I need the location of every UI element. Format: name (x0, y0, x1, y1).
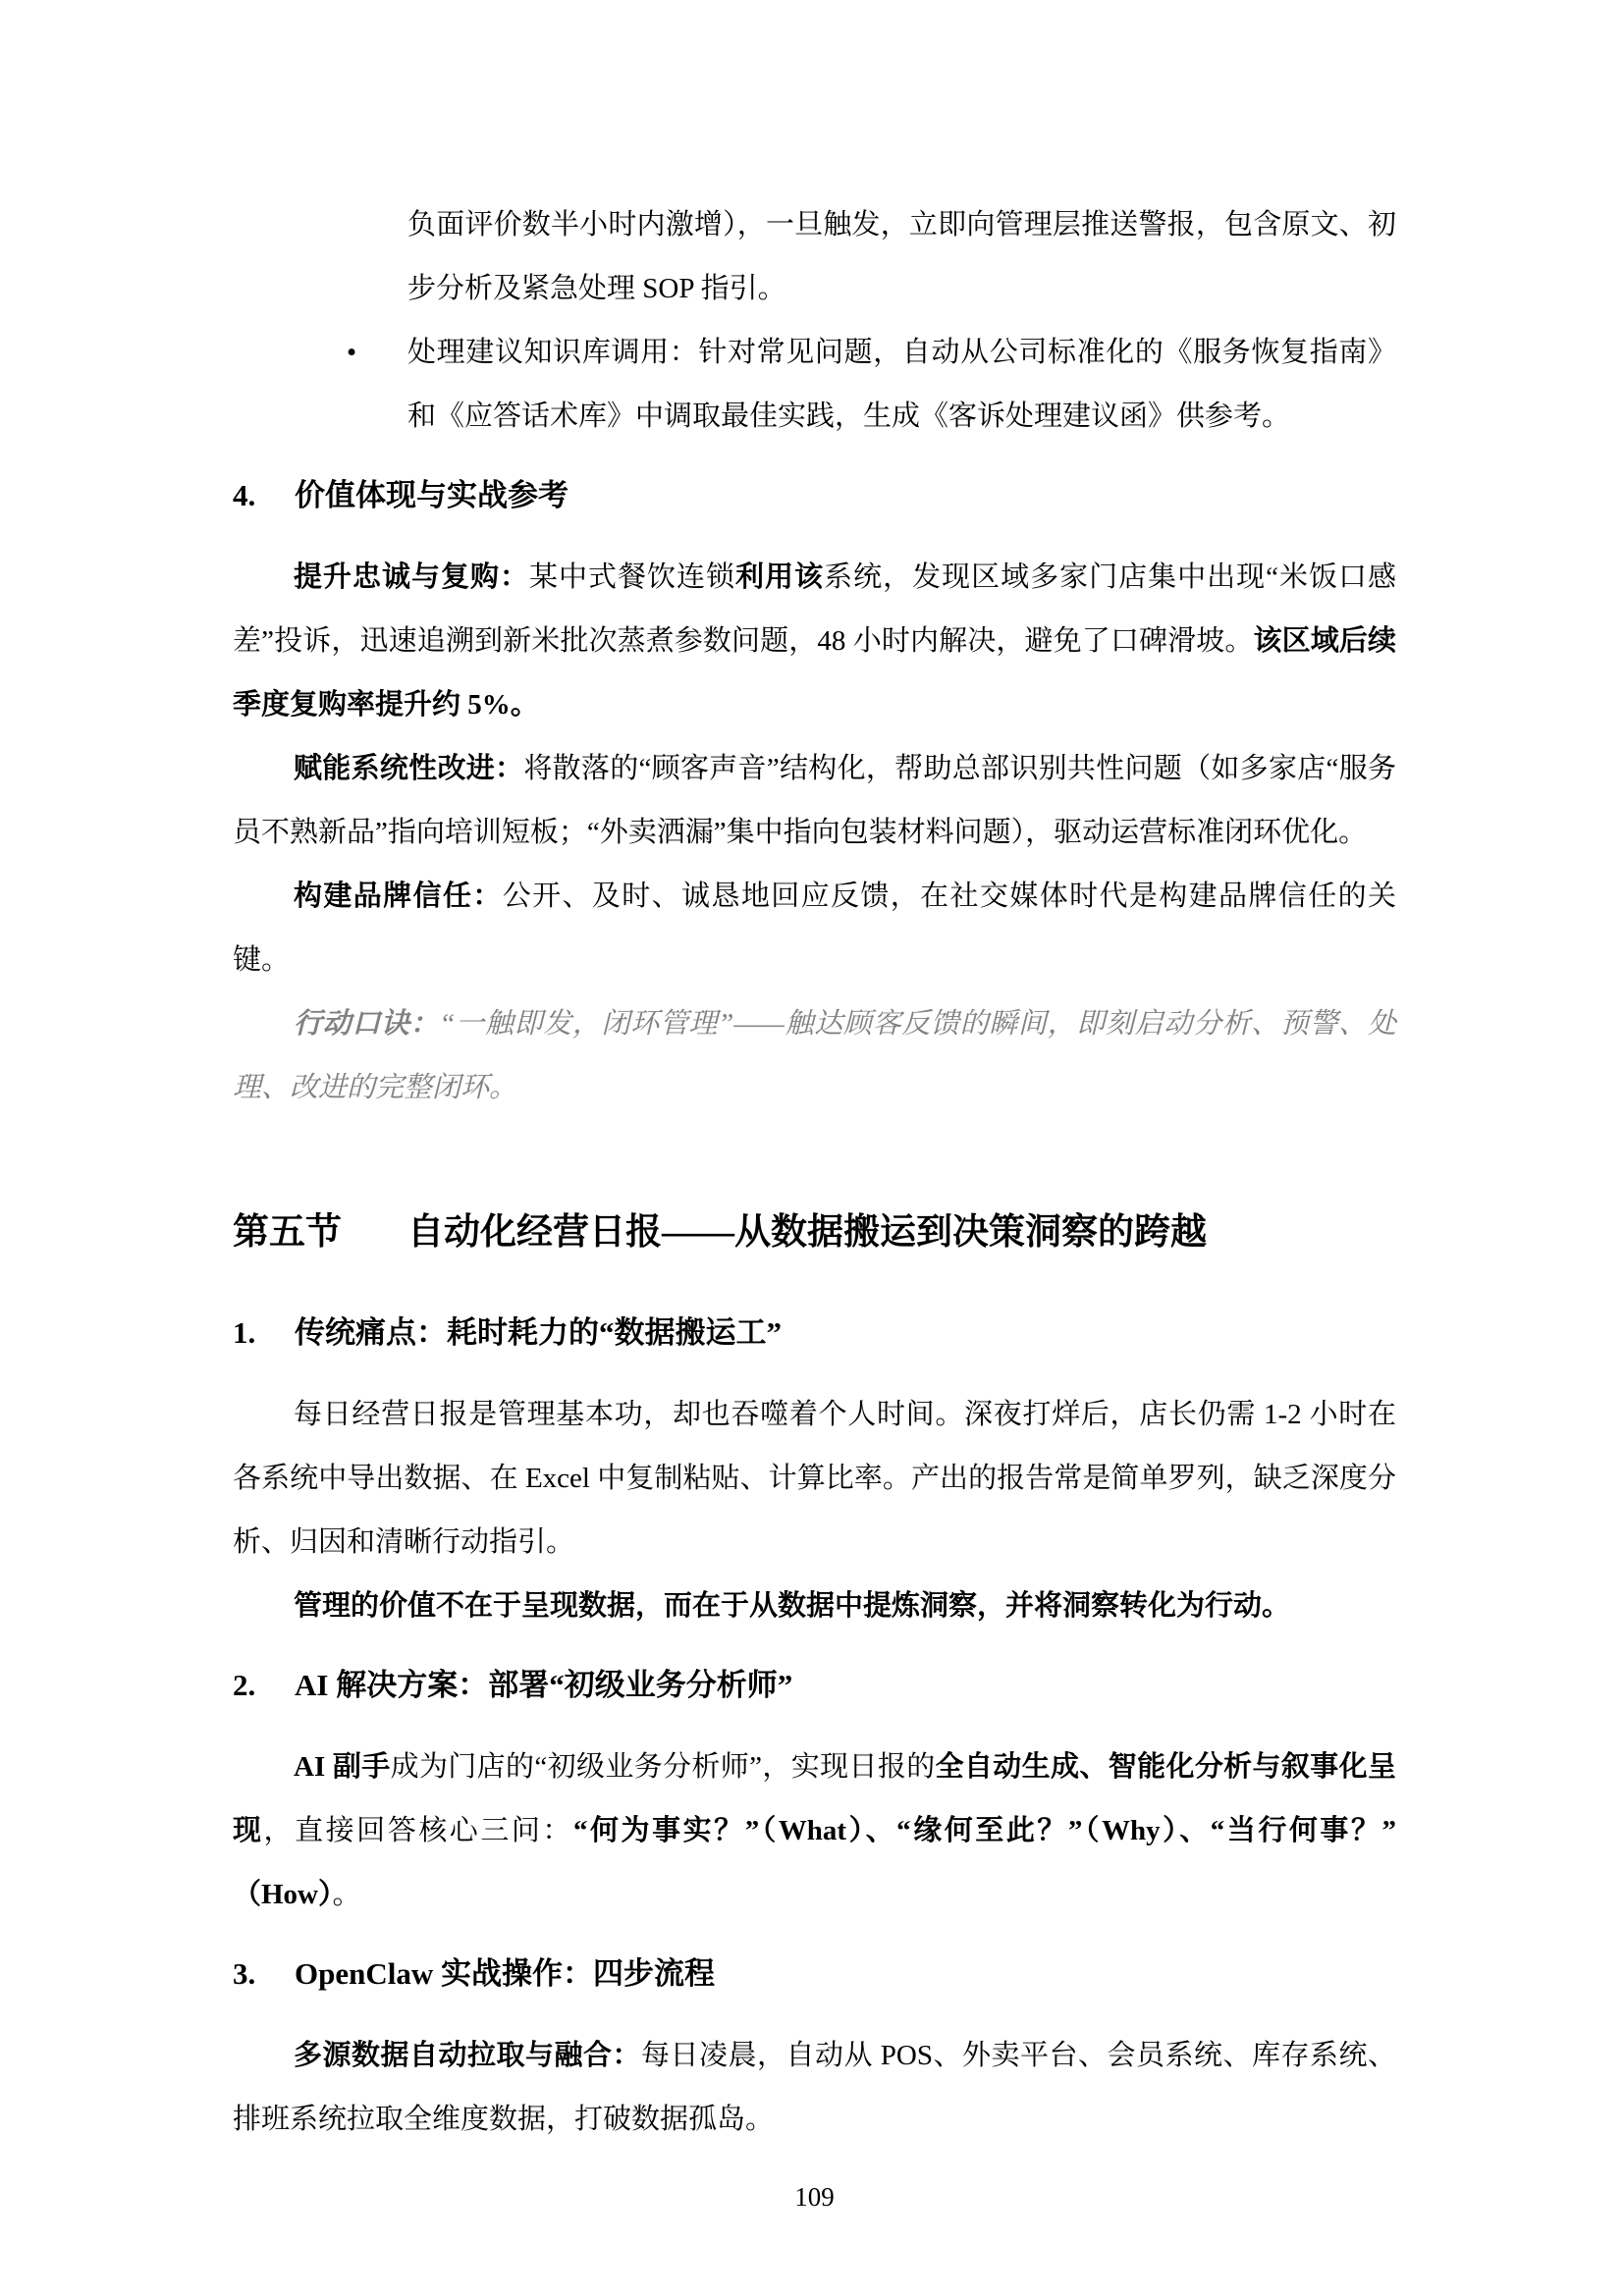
paragraph-brand-trust: 构建品牌信任：公开、及时、诚恳地回应反馈，在社交媒体时代是构建品牌信任的关键。 (233, 865, 1396, 992)
bullet-icon: • (347, 321, 356, 385)
paragraph-management-value: 管理的价值不在于呈现数据，而在于从数据中提炼洞察，并将洞察转化为行动。 (233, 1575, 1396, 1638)
text-run: 。 (333, 1879, 361, 1910)
heading-ai-solution-number: 2. (233, 1653, 295, 1717)
paragraph-daily-report: 每日经营日报是管理基本功，却也吞噬着个人时间。深夜打烊后，店长仍需 1-2 小时… (233, 1383, 1396, 1575)
paragraph-multisource-data: 多源数据自动拉取与融合：每日凌晨，自动从 POS、外卖平台、会员系统、库存系统、… (233, 2024, 1396, 2152)
heading-painpoint: 1.传统痛点：耗时耗力的“数据搬运工” (233, 1301, 1396, 1364)
document-page: 负面评价数半小时内激增），一旦触发，立即向管理层推送警报，包含原文、初步分析及紧… (0, 0, 1624, 2296)
heading-openclaw-text: OpenClaw 实战操作：四步流程 (295, 1956, 715, 1991)
text-run: AI 副手 (294, 1751, 391, 1783)
text-run: 提升忠诚与复购： (294, 561, 529, 593)
heading-values-number: 4. (233, 463, 295, 527)
page-number: 109 (233, 2165, 1396, 2229)
bullet-continuation-paragraph: 负面评价数半小时内激增），一旦触发，立即向管理层推送警报，包含原文、初步分析及紧… (233, 193, 1396, 321)
text-run: 利用该 (735, 561, 824, 593)
text-run: 成为门店的“初级业务分析师”，实现日报的 (391, 1751, 936, 1783)
bullet-item-text: 处理建议知识库调用：针对常见问题，自动从公司标准化的《服务恢复指南》和《应答话术… (407, 337, 1396, 432)
text-run: 某中式餐饮连锁 (529, 561, 735, 593)
text-run: 构建品牌信任： (294, 881, 503, 912)
paragraph-ai-assistant: AI 副手成为门店的“初级业务分析师”，实现日报的全自动生成、智能化分析与叙事化… (233, 1735, 1396, 1927)
text-run: ，直接回答核心三问： (264, 1815, 573, 1846)
text-run: 多源数据自动拉取与融合： (294, 2040, 641, 2071)
heading-painpoint-text: 传统痛点：耗时耗力的“数据搬运工” (295, 1315, 782, 1350)
heading-values-text: 价值体现与实战参考 (295, 478, 568, 512)
text-run: 赋能系统性改进： (294, 753, 523, 784)
heading-ai-solution: 2.AI 解决方案：部署“初级业务分析师” (233, 1653, 1396, 1717)
section-heading-number: 第五节 (233, 1199, 407, 1267)
heading-painpoint-number: 1. (233, 1301, 295, 1364)
text-run: 处理建议知识库调用：针对常见问题，自动从公司标准化的《服务恢复指南》和《应答话术… (407, 337, 1396, 432)
paragraph-action-motto: 行动口诀：“一触即发，闭环管理”——触达顾客反馈的瞬间，即刻启动分析、预警、处理… (233, 992, 1396, 1120)
paragraph-loyalty: 提升忠诚与复购：某中式餐饮连锁利用该系统，发现区域多家门店集中出现“米饭口感差”… (233, 546, 1396, 737)
bullet-list-item: •处理建议知识库调用：针对常见问题，自动从公司标准化的《服务恢复指南》和《应答话… (233, 321, 1396, 449)
text-run: 行动口诀： (294, 1008, 439, 1040)
heading-openclaw: 3.OpenClaw 实战操作：四步流程 (233, 1942, 1396, 2005)
section-heading: 第五节自动化经营日报——从数据搬运到决策洞察的跨越 (233, 1199, 1396, 1267)
section-heading-title: 自动化经营日报——从数据搬运到决策洞察的跨越 (407, 1212, 1207, 1253)
text-run: 每日经营日报是管理基本功，却也吞噬着个人时间。深夜打烊后，店长仍需 1-2 小时… (233, 1399, 1396, 1558)
heading-openclaw-number: 3. (233, 1942, 295, 2005)
heading-values: 4.价值体现与实战参考 (233, 463, 1396, 527)
text-run: 管理的价值不在于呈现数据，而在于从数据中提炼洞察，并将洞察转化为行动。 (294, 1590, 1290, 1622)
heading-ai-solution-text: AI 解决方案：部署“初级业务分析师” (295, 1668, 792, 1702)
paragraph-systemic-improvement: 赋能系统性改进：将散落的“顾客声音”结构化，帮助总部识别共性问题（如多家店“服务… (233, 737, 1396, 865)
text-run: 负面评价数半小时内激增），一旦触发，立即向管理层推送警报，包含原文、初步分析及紧… (407, 209, 1396, 304)
